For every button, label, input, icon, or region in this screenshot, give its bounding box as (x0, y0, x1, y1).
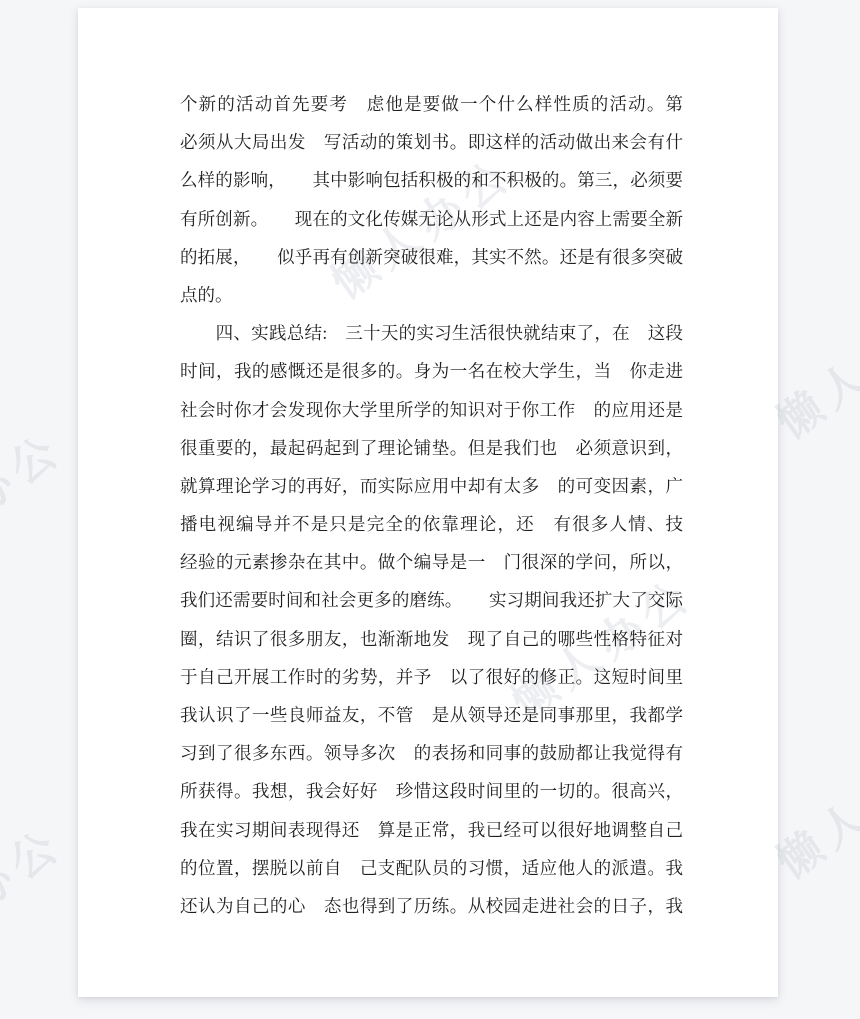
watermark-text: 懒人办公 (0, 809, 74, 981)
text-line: 于自己开展工作时的劣势，并予 以了很好的修正。这短时间里 (180, 658, 683, 696)
text-line: 我们还需要时间和社会更多的磨练。 实习期间我还扩大了交际 (180, 581, 683, 619)
text-line: 社会时你才会发现你大学里所学的知识对于你工作 的应用还是 (180, 391, 683, 429)
text-line: 么样的影响， 其中影响包括积极的和不积极的。第三，必须要 (180, 161, 683, 199)
text-line: 经验的元素掺杂在其中。做个编导是一 门很深的学问，所以， (180, 543, 683, 581)
text-line: 还认为自己的心 态也得到了历练。从校园走进社会的日子，我 (180, 887, 683, 925)
watermark-text: 懒人办公 (0, 414, 74, 586)
text-line: 习到了很多东西。领导多次 的表扬和同事的鼓励都让我觉得有 (180, 734, 683, 772)
text-line: 点的。 (180, 276, 683, 314)
text-line: 的拓展， 似乎再有创新突破很难，其实不然。还是有很多突破 (180, 238, 683, 276)
document-text: 个新的活动首先要考 虑他是要做一个什么样性质的活动。第二，必须从大局出发 写活动… (180, 85, 683, 925)
text-line: 必须从大局出发 写活动的策划书。即这样的活动做出来会有什 (180, 123, 683, 161)
text-line: 就算理论学习的再好，而实际应用中却有太多 的可变因素，广 (180, 467, 683, 505)
text-line: 时间，我的感慨还是很多的。身为一名在校大学生，当 你走进 (180, 352, 683, 390)
text-line: 很重要的，最起码起到了理论铺垫。但是我们也 必须意识到， (180, 429, 683, 467)
text-line: 有所创新。 现在的文化传媒无论从形式上还是内容上需要全新 (180, 200, 683, 238)
text-line: 个新的活动首先要考 虑他是要做一个什么样性质的活动。第二， (180, 85, 683, 123)
text-line: 我在实习期间表现得还 算是正常，我已经可以很好地调整自己 (180, 811, 683, 849)
text-line: 我认识了一些良师益友，不管 是从领导还是同事那里，我都学 (180, 696, 683, 734)
text-line: 的位置，摆脱以前自 己支配队员的习惯，适应他人的派遣。我 (180, 849, 683, 887)
document-preview-canvas: 懒人办公懒人办公懒人办公懒人办公懒人办公懒人办公 个新的活动首先要考 虑他是要做… (0, 0, 860, 1019)
text-line: 所获得。我想，我会好好 珍惜这段时间里的一切的。很高兴， (180, 772, 683, 810)
text-line: 四、实践总结: 三十天的实习生活很快就结束了，在 这段 (180, 314, 683, 352)
text-line: 播电视编导并不是只是完全的依靠理论，还 有很多人情、技术、 (180, 505, 683, 543)
text-line: 圈，结识了很多朋友，也渐渐地发 现了自己的哪些性格特征对 (180, 620, 683, 658)
